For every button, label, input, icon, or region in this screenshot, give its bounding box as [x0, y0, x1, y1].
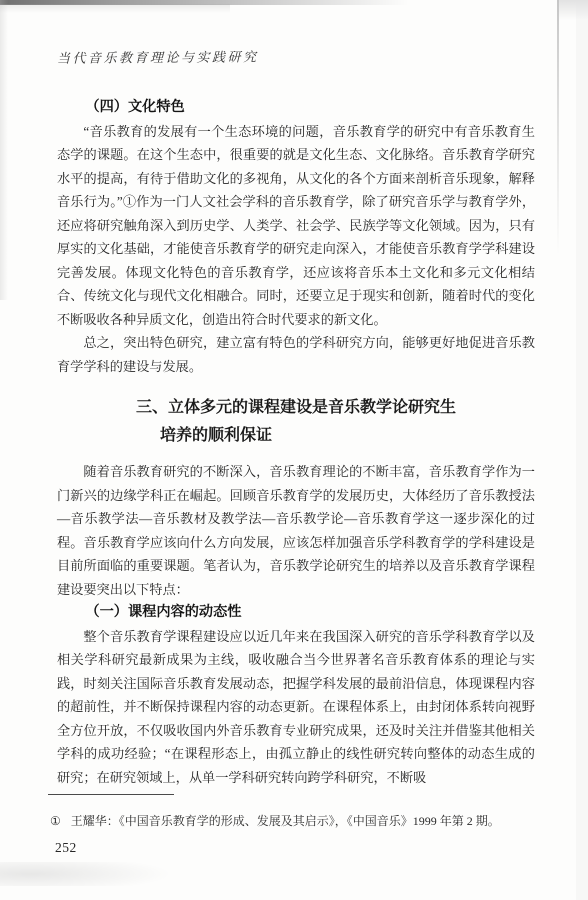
paragraph-dynamic-content: 整个音乐教育学课程建设应以近几年来在我国深入研究的音乐学科教育学以及相关学科研究… — [57, 625, 535, 790]
chapter-heading-line1: 三、立体多元的课程建设是音乐教学论研究生 — [57, 394, 535, 422]
paragraph-culture-2: 总之，突出特色研究，建立富有特色的学科研究方向，能够更好地促进音乐教育学学科的建… — [57, 331, 535, 378]
scan-artifact-top-right-corner — [559, 0, 588, 20]
footnote-divider — [48, 794, 174, 795]
chapter-heading: 三、立体多元的课程建设是音乐教学论研究生 培养的顺利保证 — [57, 394, 535, 450]
footnote-marker: ① — [50, 814, 61, 828]
scanned-book-page: 当代音乐教育理论与实践研究 （四）文化特色 “音乐教育的发展有一个生态环境的问题… — [0, 0, 588, 900]
paragraph-intro: 随着音乐教育研究的不断深入，音乐教育理论的不断丰富，音乐教育学作为一门新兴的边缘… — [57, 460, 535, 601]
scan-artifact-bottom-shadow — [0, 862, 310, 886]
chapter-heading-line2: 培养的顺利保证 — [160, 422, 535, 450]
scan-artifact-top-shadow — [0, 4, 230, 13]
page-number: 252 — [55, 840, 77, 856]
footnote-text: 王耀华：《中国音乐教育学的形成、发展及其启示》，《中国音乐》1999 年第 2 … — [71, 814, 500, 828]
footnote: ①王耀华：《中国音乐教育学的形成、发展及其启示》，《中国音乐》1999 年第 2… — [50, 812, 528, 830]
paragraph-culture-1: “音乐教育的发展有一个生态环境的问题，音乐教育学的研究中有音乐教育生态学的课题。… — [57, 120, 535, 332]
subsection-heading: （一）课程内容的动态性 — [57, 601, 535, 625]
scan-artifact-left-edge — [0, 0, 8, 300]
scan-artifact-right-line — [557, 0, 559, 255]
running-header: 当代音乐教育理论与实践研究 — [57, 46, 259, 66]
scan-artifact-right-column — [576, 0, 588, 900]
section-heading: （四）文化特色 — [57, 96, 535, 120]
page-content: （四）文化特色 “音乐教育的发展有一个生态环境的问题，音乐教育学的研究中有音乐教… — [57, 96, 535, 789]
